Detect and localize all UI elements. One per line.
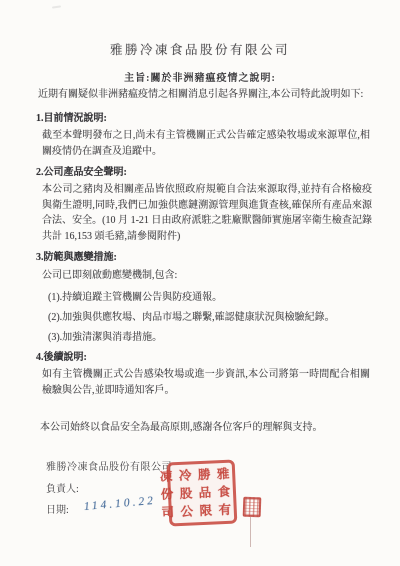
scanned-document-page: 雅勝冷凍食品股份有限公司 主旨:關於非洲豬瘟疫情之說明: 近期有關疑似非洲豬瘟疫… bbox=[0, 0, 400, 566]
section3-item-1: (1).持續追蹤主管機關公告與防疫通報。 bbox=[48, 290, 370, 306]
handwritten-date: 114.10.22 bbox=[83, 495, 156, 513]
section3-lead: 公司已即刻啟動應變機制,包含: bbox=[42, 268, 370, 284]
intro-paragraph: 近期有關疑似非洲豬瘟疫情之相關消息引起各界關注,本公司特此說明如下: bbox=[38, 87, 370, 103]
section2-heading: 2.公司產品安全聲明: bbox=[36, 163, 127, 178]
section3-item-3: (3).加強清潔與消毒措施。 bbox=[48, 330, 370, 346]
section2-body: 本公司之豬肉及相關產品皆依照政府規範自合法來源取得,並持有合格檢疫與衛生證明,同… bbox=[42, 182, 372, 244]
section1-heading: 1.目前情況說明: bbox=[36, 109, 107, 124]
paper-crease-line bbox=[250, 517, 251, 547]
scan-artifact-speck bbox=[52, 5, 61, 8]
signature-owner-label: 負責人: bbox=[46, 480, 79, 495]
closing-statement: 本公司始終以食品安全為最高原則,感謝各位客戶的理解與支持。 bbox=[40, 420, 370, 436]
section1-body: 截至本聲明發布之日,尚未有主管機關正式公告確定感染牧場或來源單位,相關疫情仍在調… bbox=[42, 128, 370, 159]
section3-heading: 3.防範與應變措施: bbox=[36, 248, 117, 263]
section4-heading: 4.後續說明: bbox=[36, 348, 87, 363]
section4-body: 如有主管機關正式公告感染牧場或進一步資訊,本公司將第一時間配合相關檢驗與公告,並… bbox=[42, 367, 370, 398]
company-title: 雅勝冷凍食品股份有限公司 bbox=[0, 40, 400, 58]
subject-line: 主旨:關於非洲豬瘟疫情之說明: bbox=[0, 69, 400, 84]
signature-company-name: 雅勝冷凍食品股份有限公司 bbox=[46, 458, 172, 473]
seal-column-left: 有限公司 bbox=[172, 501, 233, 522]
personal-name-seal bbox=[243, 497, 262, 518]
section3-item-2: (2).加強與供應牧場、肉品市場之聯繫,確認健康狀況與檢驗紀錄。 bbox=[48, 310, 370, 326]
signature-date-label: 日期: bbox=[46, 501, 69, 516]
company-seal-stamp: 雅勝冷凍 食品股份 有限公司 bbox=[167, 460, 238, 527]
